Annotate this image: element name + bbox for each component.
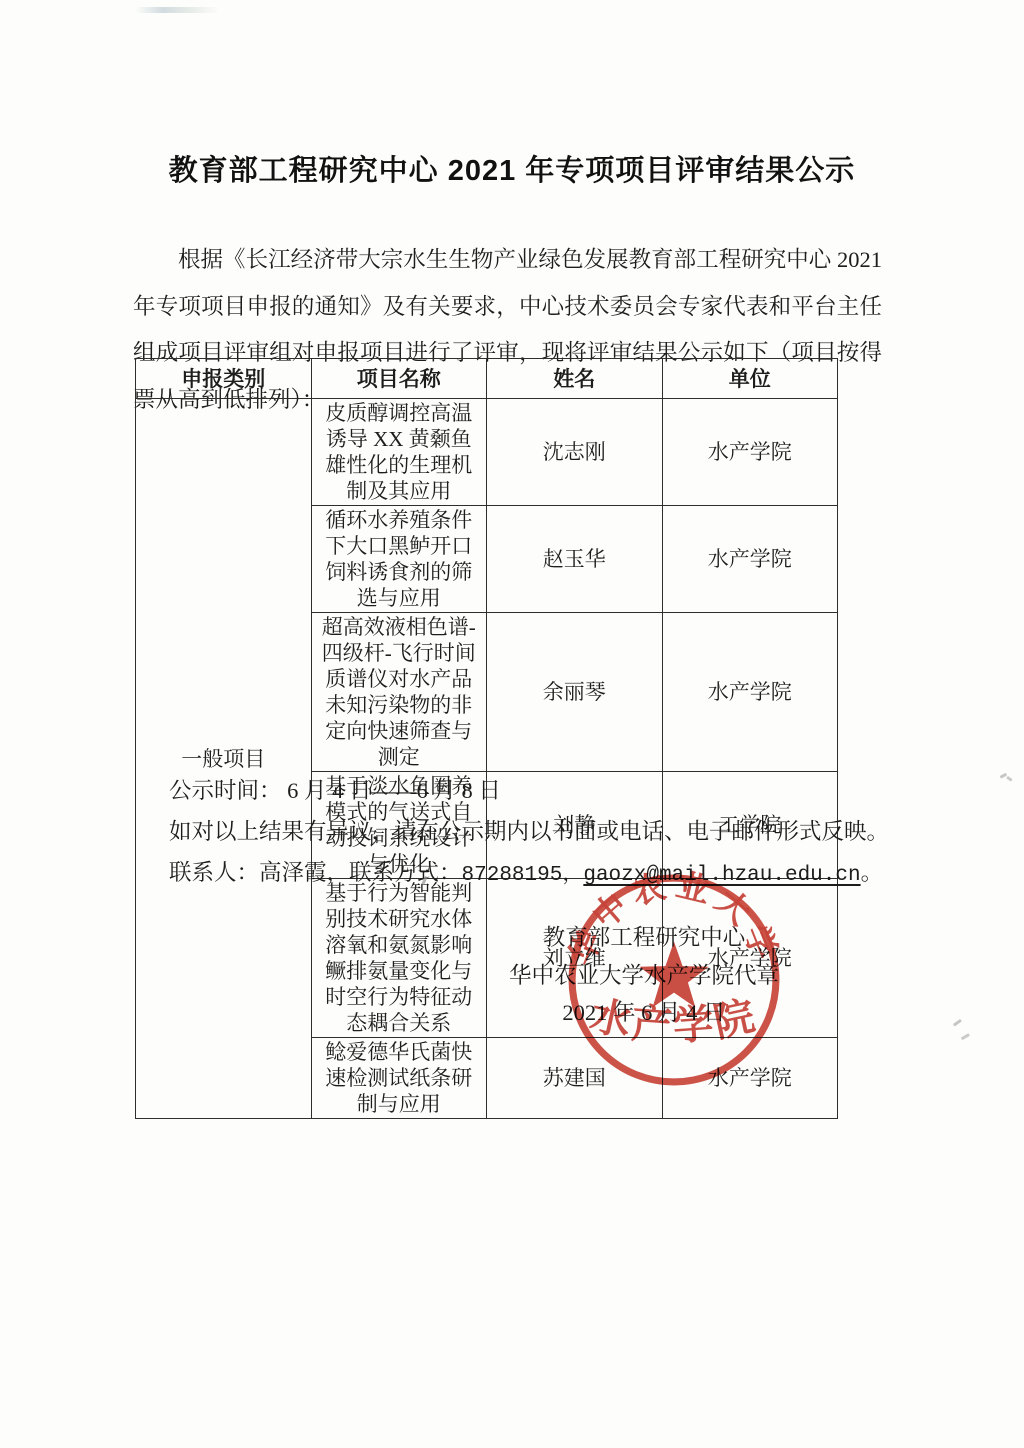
signature-date-line: 2021 年 6 月 4 日 — [498, 994, 790, 1032]
signature-seal-org-line: 华中农业大学水产学院代章 — [498, 957, 790, 995]
project-cell: 超高效液相色谱-四级杆-飞行时间质谱仪对水产品未知污染物的非定向快速筛查与测定 — [311, 613, 487, 772]
project-cell: 循环水养殖条件下大口黑鲈开口饲料诱食剂的筛选与应用 — [311, 506, 487, 613]
name-cell: 苏建国 — [487, 1038, 663, 1119]
scan-artifact — [961, 1033, 970, 1040]
signature-org-line: 教育部工程研究中心 — [498, 919, 790, 957]
contact-prefix: 联系人：高泽霞，联系方式： — [169, 860, 462, 885]
table-row: 一般项目 皮质醇调控高温诱导 XX 黄颡鱼雄性化的生理机制及其应用 沈志刚 水产… — [136, 399, 838, 506]
contact-suffix: 。 — [861, 860, 884, 885]
col-header-name: 姓名 — [487, 359, 663, 399]
project-cell: 鲶爱德华氏菌快速检测试纸条研制与应用 — [311, 1038, 487, 1119]
col-header-category: 申报类别 — [136, 359, 312, 399]
unit-cell: 水产学院 — [662, 399, 838, 506]
footer-notes: 公示时间： 6 月 4 日——6 月 8 日 如对以上结果有异议，请在公示期内以… — [133, 770, 903, 896]
table-header-row: 申报类别 项目名称 姓名 单位 — [136, 359, 838, 399]
signature-block: 教育部工程研究中心 华中农业大学水产学院代章 2021 年 6 月 4 日 — [498, 919, 790, 1032]
objection-line: 如对以上结果有异议，请在公示期内以书面或电话、电子邮件形式反映。 — [133, 811, 903, 852]
scan-artifact — [953, 1019, 962, 1026]
project-cell: 基于行为智能判别技术研究水体溶氧和氨氮影响鳜排氨量变化与时空行为特征动态耦合关系 — [311, 879, 487, 1038]
col-header-project: 项目名称 — [311, 359, 487, 399]
page-title: 教育部工程研究中心 2021 年专项项目评审结果公示 — [0, 148, 1024, 189]
contact-line: 联系人：高泽霞，联系方式：87288195，gaozx@mail.hzau.ed… — [133, 852, 903, 896]
unit-cell: 水产学院 — [662, 613, 838, 772]
name-cell: 沈志刚 — [487, 399, 663, 506]
scanned-announcement-page: 教育部工程研究中心 2021 年专项项目评审结果公示 根据《长江经济带大宗水生生… — [0, 0, 1024, 1448]
unit-cell: 水产学院 — [662, 506, 838, 613]
unit-cell: 水产学院 — [662, 1038, 838, 1119]
scan-artifact — [1006, 776, 1012, 781]
scan-artifact-smudge — [135, 7, 219, 13]
contact-email: gaozx@mail.hzau.edu.cn — [583, 864, 860, 887]
contact-phone: 87288195， — [462, 864, 584, 887]
project-cell: 皮质醇调控高温诱导 XX 黄颡鱼雄性化的生理机制及其应用 — [311, 399, 487, 506]
name-cell: 余丽琴 — [487, 613, 663, 772]
category-cell: 一般项目 — [136, 399, 312, 1119]
col-header-unit: 单位 — [662, 359, 838, 399]
publicity-period-line: 公示时间： 6 月 4 日——6 月 8 日 — [133, 770, 903, 811]
name-cell: 赵玉华 — [487, 506, 663, 613]
